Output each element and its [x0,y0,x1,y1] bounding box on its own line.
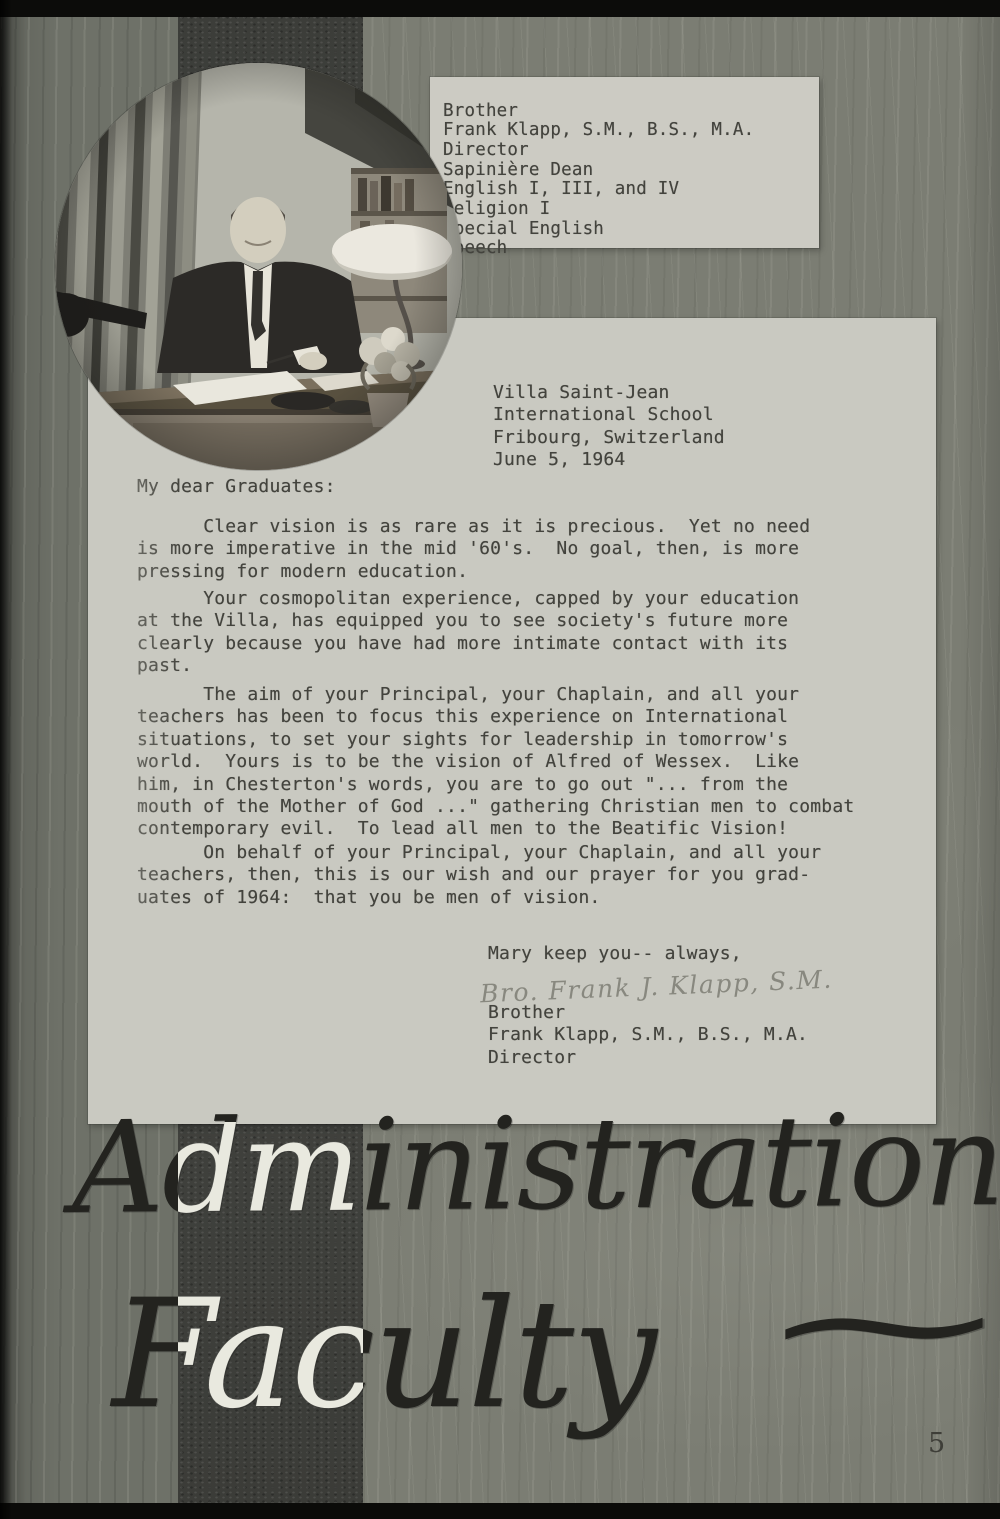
faculty-info-text: Brother Frank Klapp, S.M., B.S., M.A. Di… [443,102,754,260]
faculty-info-card: Brother Frank Klapp, S.M., B.S., M.A. Di… [430,77,819,248]
letter-salutation: My dear Graduates: [137,476,336,498]
letter-paragraph-2: Your cosmopolitan experience, capped by … [137,588,799,678]
signature-block: Brother Frank Klapp, S.M., B.S., M.A. Di… [488,1002,808,1069]
letter-paragraph-3: The aim of your Principal, your Chaplain… [137,684,854,841]
bottom-black-bar [0,1503,1000,1519]
photo-vignette [55,63,462,470]
letter-heading: Villa Saint-Jean International School Fr… [493,382,725,472]
letter-paragraph-1: Clear vision is as rare as it is preciou… [137,516,810,583]
letter-paragraph-4: On behalf of your Principal, your Chapla… [137,842,821,909]
yearbook-page: Villa Saint-Jean International School Fr… [0,0,1000,1519]
letter-closing: Mary keep you-- always, [488,943,742,965]
top-black-bar [0,0,1000,17]
portrait-photo-illustration [55,63,462,470]
portrait-photo [55,63,462,470]
left-black-edge [0,0,12,1519]
page-number: 5 [928,1428,945,1459]
